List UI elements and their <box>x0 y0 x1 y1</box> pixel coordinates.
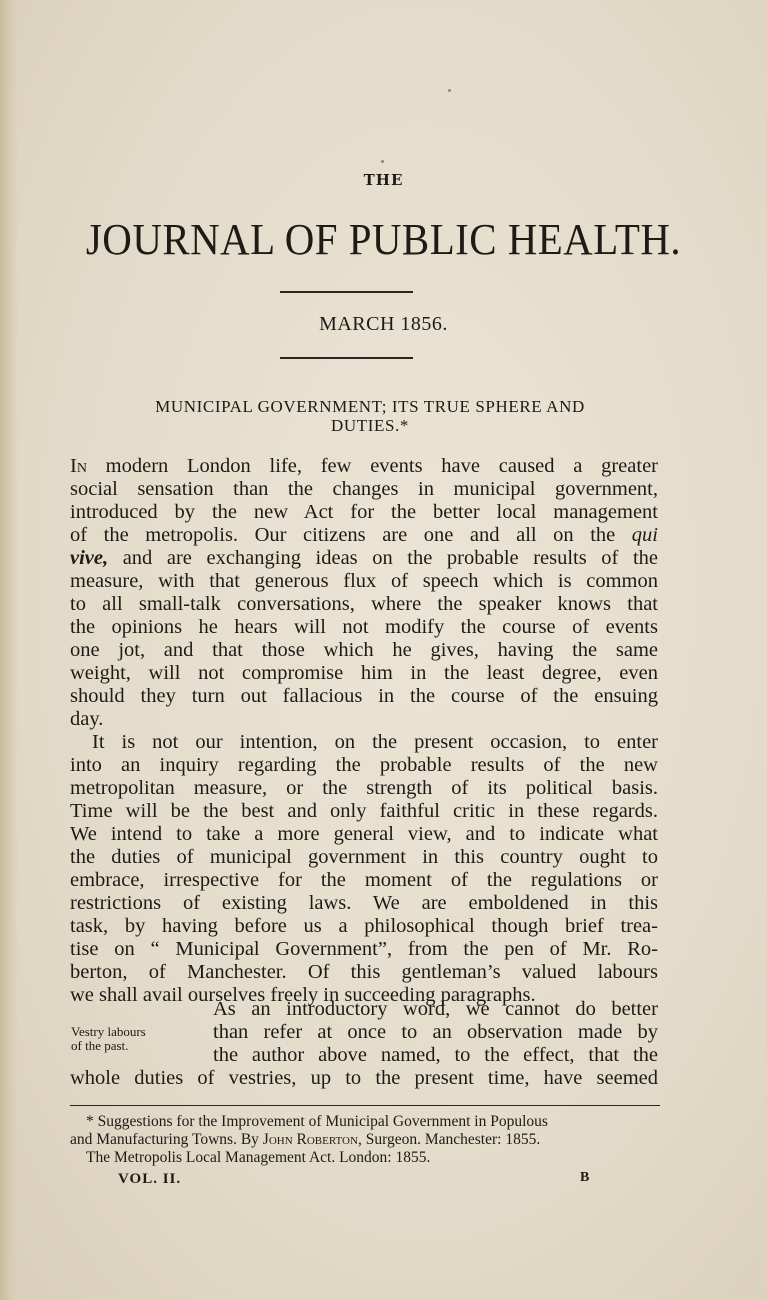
text-line: into an inquiry regarding the probable r… <box>70 754 658 777</box>
footnote-line-3: The Metropolis Local Management Act. Lon… <box>70 1149 660 1167</box>
text-line: to all small-talk conversations, where t… <box>70 593 658 616</box>
paragraph-3-full: whole duties of vestries, up to the pres… <box>70 1067 658 1090</box>
journal-page: THE JOURNAL OF PUBLIC HEALTH. MARCH 1856… <box>0 0 767 1300</box>
paragraph-2: It is not our intention, on the present … <box>70 731 658 1007</box>
text-line: the duties of municipal government in th… <box>70 846 658 869</box>
sheet-mark: B <box>580 1170 589 1186</box>
journal-title: JOURNAL OF PUBLIC HEALTH. <box>27 214 740 265</box>
text-line: We intend to take a more general view, a… <box>70 823 658 846</box>
text-line: whole duties of vestries, up to the pres… <box>70 1067 658 1090</box>
footnote-line-2: and Manufacturing Towns. By John Roberto… <box>70 1131 660 1149</box>
text-line: social sensation than the changes in mun… <box>70 478 658 501</box>
text-line: introduced by the new Act for the better… <box>70 501 658 524</box>
text-line: metropolitan measure, or the strength of… <box>70 777 658 800</box>
paragraph-3-indented: As an introductory word, we cannot do be… <box>213 998 658 1067</box>
text-line: weight, will not compromise him in the l… <box>70 662 658 685</box>
text-line: It is not our intention, on the present … <box>70 731 658 754</box>
article-title-line-1: MUNICIPAL GOVERNMENT; ITS TRUE SPHERE AN… <box>90 397 650 416</box>
footnote-rule <box>70 1105 660 1106</box>
marginal-note-line-2: of the past. <box>71 1039 151 1053</box>
article-title-line-2: DUTIES.* <box>90 416 650 435</box>
text-line: the opinions he hears will not modify th… <box>70 616 658 639</box>
paragraph-1: In modern London life, few events have c… <box>70 455 658 731</box>
marginal-note: Vestry labours of the past. <box>71 1025 151 1053</box>
marginal-note-line-1: Vestry labours <box>71 1025 151 1039</box>
text-line: of the metropolis. Our citizens are one … <box>70 524 658 547</box>
text-line: In modern London life, few events have c… <box>70 455 658 478</box>
article-title: MUNICIPAL GOVERNMENT; ITS TRUE SPHERE AN… <box>90 397 650 435</box>
speck <box>448 89 451 92</box>
footnote: * Suggestions for the Improvement of Mun… <box>70 1113 660 1167</box>
footnote-marker: * <box>86 1113 94 1130</box>
title-rule-bottom <box>280 357 413 359</box>
text-line: embrace, irrespective for the moment of … <box>70 869 658 892</box>
issue-date: MARCH 1856. <box>0 313 767 336</box>
title-rule-top <box>280 291 413 293</box>
italic-phrase: qui <box>632 524 658 546</box>
text-line: than refer at once to an observation mad… <box>213 1021 658 1044</box>
text-line: berton, of Manchester. Of this gentleman… <box>70 961 658 984</box>
text-line: should they turn out fallacious in the c… <box>70 685 658 708</box>
text-line: the author above named, to the effect, t… <box>213 1044 658 1067</box>
footnote-author: John Roberton <box>263 1131 358 1148</box>
italic-phrase: vive, <box>70 547 108 569</box>
text-line: Time will be the best and only faithful … <box>70 800 658 823</box>
footnote-line-1: * Suggestions for the Improvement of Mun… <box>70 1113 660 1131</box>
masthead-prefix: THE <box>0 171 767 189</box>
text-line: As an introductory word, we cannot do be… <box>213 998 658 1021</box>
speck <box>381 160 384 163</box>
text-line: one jot, and that those which he gives, … <box>70 639 658 662</box>
drop-cap: In <box>70 455 87 477</box>
text-line: measure, with that generous flux of spee… <box>70 570 658 593</box>
text-line: tise on “ Municipal Government”, from th… <box>70 938 658 961</box>
volume-signature: VOL. II. <box>118 1171 181 1188</box>
text-line: vive, and are exchanging ideas on the pr… <box>70 547 658 570</box>
text-line: day. <box>70 708 658 731</box>
text-line: restrictions of existing laws. We are em… <box>70 892 658 915</box>
text-line: task, by having before us a philosophica… <box>70 915 658 938</box>
